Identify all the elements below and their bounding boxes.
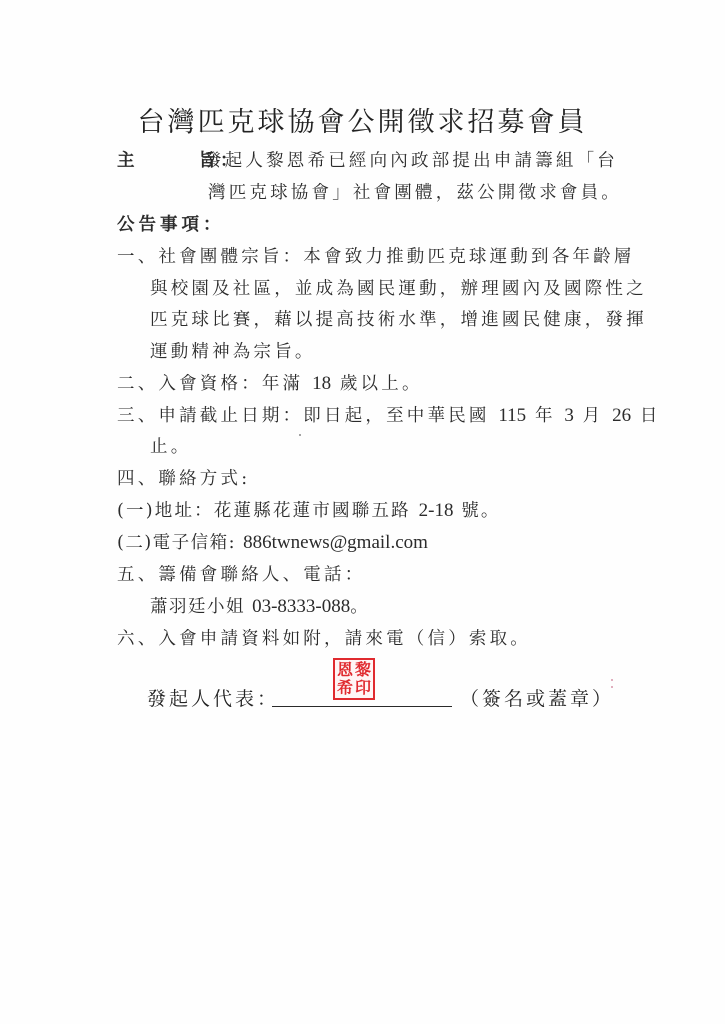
item-3-month: 3 <box>564 405 574 426</box>
stamp-char-3: 恩 <box>336 661 354 679</box>
item-3-year: 115 <box>498 405 526 426</box>
item-3-prefix: 三、申請截止日期：即日起，至中華民國 <box>117 406 490 426</box>
item-4-heading: 四、聯絡方式: <box>117 468 250 490</box>
item-3-line-2: 止。 <box>150 436 191 458</box>
item-1-line-3: 匹克球比賽，藉以提高技術水準，增進國民健康，發揮 <box>150 309 647 331</box>
item-1-line-1: 一、社會團體宗旨：本會致力推動匹克球運動到各年齡層 <box>117 246 635 268</box>
item-4-email: (二)電子信箱: 886twnews@gmail.com <box>117 532 428 554</box>
item-2-suffix: 歲以上。 <box>340 374 423 394</box>
stamp-char-1: 黎 <box>354 661 372 679</box>
item-1-line-4: 運動精神為宗旨。 <box>150 341 316 363</box>
item-5-heading: 五、籌備會聯絡人、電話： <box>117 564 365 586</box>
item-2-prefix: 二、入會資格：年滿 <box>117 374 303 394</box>
contact-name: 蕭羽廷小姐 <box>150 597 245 617</box>
subject-text-line-2: 灣匹克球協會」社會團體，茲公開徵求會員。 <box>208 182 622 204</box>
subject-label-char-1: 主 <box>117 151 139 171</box>
item-3-deadline: 三、申請截止日期：即日起，至中華民國 115 年 3 月 26 日 <box>117 405 661 427</box>
item-5-contact: 蕭羽廷小姐 03-8333-088。 <box>150 596 369 618</box>
signature-line <box>272 706 452 707</box>
contact-phone: 03-8333-088 <box>252 596 350 617</box>
item-2-membership-qualification: 二、入會資格：年滿 18 歲以上。 <box>117 373 423 395</box>
item-4-email-label: (二)電子信箱: <box>117 533 236 553</box>
notice-heading: 公告事項： <box>117 214 225 236</box>
contact-phone-suffix: 。 <box>350 597 369 617</box>
document-title: 台灣匹克球協會公開徵求招募會員 <box>0 100 725 139</box>
item-3-month-unit: 月 <box>583 406 604 426</box>
item-4-address-number: 2-18 <box>419 500 454 521</box>
scan-speck <box>299 434 301 436</box>
item-1-line-2: 與校園及社區，並成為國民運動，辦理國內及國際性之 <box>150 278 647 300</box>
email-link[interactable]: 886twnews@gmail.com <box>243 532 428 553</box>
document-page: 台灣匹克球協會公開徵求招募會員 主旨： 發起人黎恩希已經向內政部提出申請籌組「台… <box>0 0 725 1024</box>
signature-label: 發起人代表： <box>147 684 279 711</box>
item-4-address-suffix: 號。 <box>461 501 500 521</box>
scan-speck <box>611 686 613 688</box>
item-3-year-unit: 年 <box>535 406 556 426</box>
stamp-char-4: 希 <box>336 679 354 697</box>
item-2-age: 18 <box>312 373 331 394</box>
item-4-address: (一)地址：花蓮縣花蓮市國聯五路 2-18 號。 <box>117 500 501 522</box>
item-6-text: 六、入會申請資料如附，請來電（信）索取。 <box>117 628 531 650</box>
item-3-day: 26 <box>612 405 631 426</box>
scan-speck <box>611 679 613 681</box>
item-4-address-label: (一)地址：花蓮縣花蓮市國聯五路 <box>117 501 411 521</box>
item-3-day-unit: 日 <box>640 406 661 426</box>
seal-stamp-icon: 黎 印 恩 希 <box>333 658 375 700</box>
stamp-char-2: 印 <box>354 679 372 697</box>
signature-note: （簽名或蓋章） <box>460 684 614 711</box>
subject-text-line-1: 發起人黎恩希已經向內政部提出申請籌組「台 <box>204 150 618 172</box>
